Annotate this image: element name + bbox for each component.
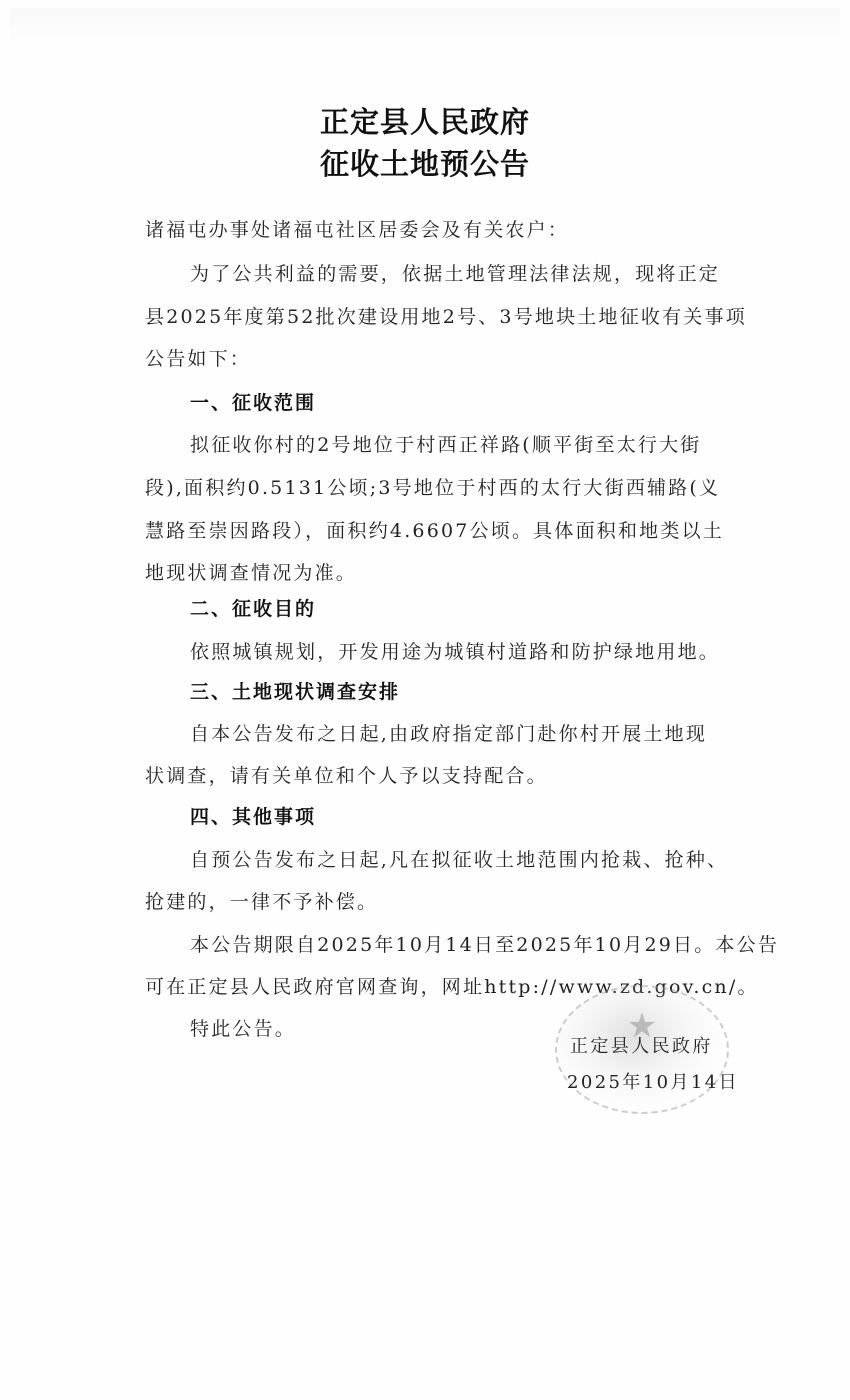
section-line: 拟征收你村的2号地位于村西正祥路(顺平街至太行大街: [190, 433, 790, 457]
signature-date: 2025年10月14日: [567, 1068, 739, 1094]
section-line: 段),面积约0.5131公顷;3号地位于村西的太行大街西辅路(义: [145, 476, 745, 500]
intro-line: 县2025年度第52批次建设用地2号、3号地块土地征收有关事项: [145, 305, 745, 329]
section-heading-purpose: 二、征收目的: [190, 597, 790, 621]
section-heading-scope: 一、征收范围: [190, 391, 790, 415]
intro-line: 为了公共利益的需要，依据土地管理法律法规，现将正定: [190, 262, 790, 286]
section-line: 状调查，请有关单位和个人予以支持配合。: [145, 764, 745, 788]
section-line: 自预公告发布之日起,凡在拟征收土地范围内抢栽、抢种、: [190, 848, 790, 872]
addressee: 诸福屯办事处诸福屯社区居委会及有关农户：: [145, 218, 745, 242]
document-page: 正定县人民政府 征收土地预公告 诸福屯办事处诸福屯社区居委会及有关农户： 为了公…: [0, 0, 850, 1400]
document-title-line1: 正定县人民政府: [0, 100, 850, 141]
document-title-line2: 征收土地预公告: [0, 142, 850, 183]
scan-shadow: [10, 8, 840, 48]
section-line: 抢建的，一律不予补偿。: [145, 890, 745, 914]
section-line: 地现状调查情况为准。: [145, 561, 745, 585]
section-line: 自本公告发布之日起,由政府指定部门赴你村开展土地现: [190, 722, 790, 746]
intro-line: 公告如下：: [145, 347, 745, 371]
period-line: 本公告期限自2025年10月14日至2025年10月29日。本公告: [190, 933, 790, 957]
section-heading-other: 四、其他事项: [190, 805, 790, 829]
signature-issuer: 正定县人民政府: [570, 1032, 713, 1058]
section-line: 慧路至崇因路段），面积约4.6607公顷。具体面积和地类以土: [145, 519, 745, 543]
section-heading-survey: 三、土地现状调查安排: [190, 680, 790, 704]
section-line: 依照城镇规划，开发用途为城镇村道路和防护绿地用地。: [190, 640, 790, 664]
